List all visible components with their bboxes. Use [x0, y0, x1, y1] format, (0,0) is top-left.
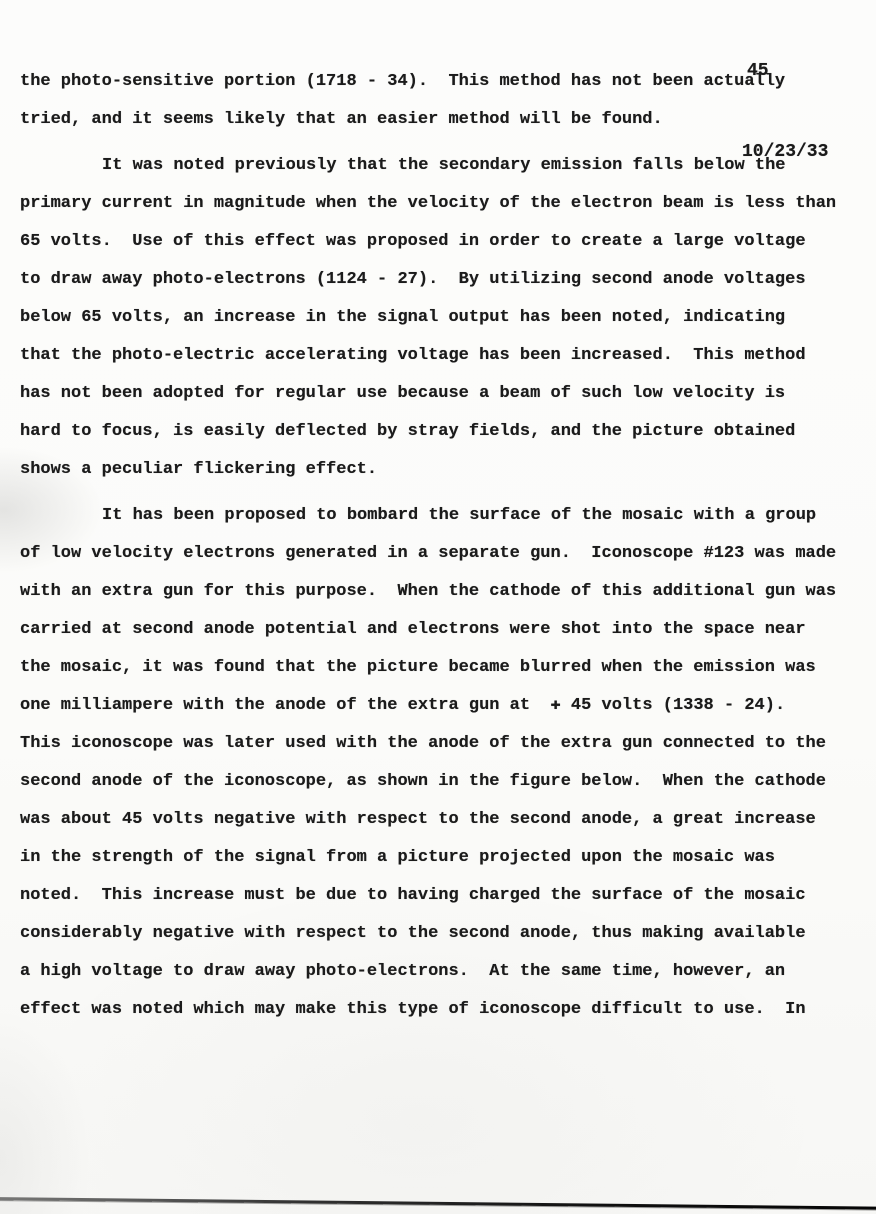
- text-line: with an extra gun for this purpose. When…: [20, 573, 856, 611]
- text-line: second anode of the iconoscope, as shown…: [20, 763, 856, 801]
- text-line: carried at second anode potential and el…: [20, 611, 856, 649]
- text-line: of low velocity electrons generated in a…: [20, 535, 856, 573]
- bottom-rule: [0, 1197, 876, 1210]
- text-line: to draw away photo-electrons (1124 - 27)…: [20, 261, 856, 299]
- text-line: one milliampere with the anode of the ex…: [20, 687, 856, 725]
- document-body: the photo-sensitive portion (1718 - 34).…: [20, 63, 856, 1037]
- text-line: effect was noted which may make this typ…: [20, 991, 856, 1029]
- text-line: This iconoscope was later used with the …: [20, 725, 856, 763]
- paragraph: It was noted previously that the seconda…: [20, 147, 856, 489]
- text-line: 65 volts. Use of this effect was propose…: [20, 223, 856, 261]
- text-line: shows a peculiar flickering effect.: [20, 451, 856, 489]
- text-line: It has been proposed to bombard the surf…: [20, 497, 856, 535]
- text-line: the photo-sensitive portion (1718 - 34).…: [20, 63, 856, 101]
- text-line: It was noted previously that the seconda…: [20, 147, 856, 185]
- text-line: that the photo-electric accelerating vol…: [20, 337, 856, 375]
- paragraph: It has been proposed to bombard the surf…: [20, 497, 856, 1029]
- text-line: the mosaic, it was found that the pictur…: [20, 649, 856, 687]
- text-line: in the strength of the signal from a pic…: [20, 839, 856, 877]
- text-line: primary current in magnitude when the ve…: [20, 185, 856, 223]
- text-line: hard to focus, is easily deflected by st…: [20, 413, 856, 451]
- text-line: noted. This increase must be due to havi…: [20, 877, 856, 915]
- text-line: has not been adopted for regular use bec…: [20, 375, 856, 413]
- text-line: was about 45 volts negative with respect…: [20, 801, 856, 839]
- paragraph: the photo-sensitive portion (1718 - 34).…: [20, 63, 856, 139]
- text-line: a high voltage to draw away photo-electr…: [20, 953, 856, 991]
- scanned-document-page: 45 10/23/33 the photo-sensitive portion …: [0, 0, 876, 1214]
- text-line: below 65 volts, an increase in the signa…: [20, 299, 856, 337]
- text-line: tried, and it seems likely that an easie…: [20, 101, 856, 139]
- text-line: considerably negative with respect to th…: [20, 915, 856, 953]
